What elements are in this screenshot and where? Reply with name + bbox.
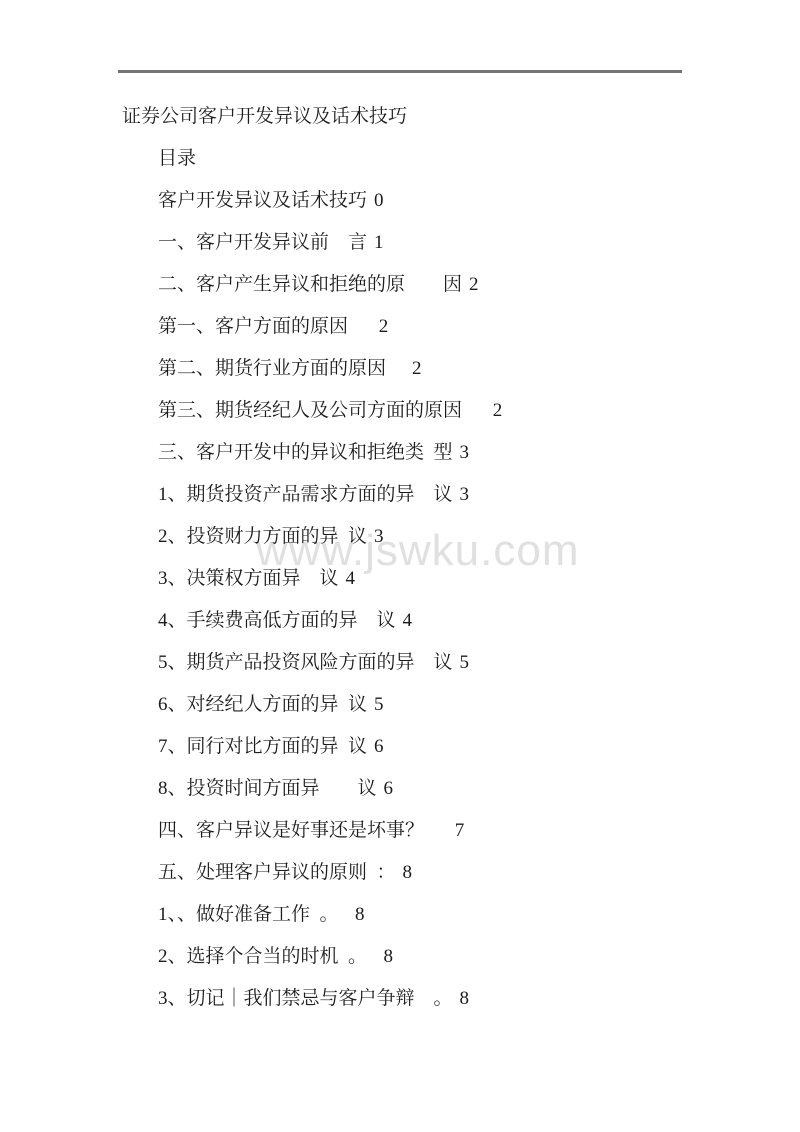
toc-entry-label: 5、期货产品投资风险方面的异 议 [158, 652, 453, 673]
toc-entry-page: 0 [374, 190, 384, 211]
toc-entry-page: 8 [384, 946, 394, 967]
toc-entry-label: 三、客户开发中的异议和拒绝类 型 [158, 442, 453, 463]
toc-entry: 6、对经纪人方面的异 议5 [0, 684, 800, 726]
toc-entry: 1、期货投资产品需求方面的异 议3 [0, 474, 800, 516]
toc-entry-page: 3 [460, 442, 470, 463]
toc-entry: 客户开发异议及话术技巧0 [0, 180, 800, 222]
toc-entry-label: 一、客户开发异议前 言 [158, 232, 367, 253]
toc-entry-page: 2 [379, 316, 389, 337]
toc-entry: 第二、期货行业方面的原因 2 [0, 348, 800, 390]
toc-entry-label: 3、切记｜我们禁忌与客户争辩 。 [158, 988, 453, 1009]
toc-entry: 第一、客户方面的原因 2 [0, 306, 800, 348]
toc-entry: 4、手续费高低方面的异 议4 [0, 600, 800, 642]
toc-list: 客户开发异议及话术技巧0一、客户开发异议前 言1二、客户产生异议和拒绝的原 因2… [0, 180, 800, 1020]
toc-entry-page: 3 [374, 526, 384, 547]
toc-entry: 二、客户产生异议和拒绝的原 因2 [0, 264, 800, 306]
toc-entry-page: 5 [374, 694, 384, 715]
toc-entry-page: 4 [403, 610, 413, 631]
toc-entry: 四、客户异议是好事还是坏事？ 7 [0, 810, 800, 852]
toc-entry-label: 第一、客户方面的原因 [158, 316, 372, 337]
toc-entry-page: 6 [384, 778, 394, 799]
toc-entry-page: 2 [412, 358, 422, 379]
toc-entry: 8、投资时间方面异 议6 [0, 768, 800, 810]
toc-entry-page: 6 [374, 736, 384, 757]
toc-entry-page: 8 [460, 988, 470, 1009]
toc-entry: 五、处理客户异议的原则 ：8 [0, 852, 800, 894]
toc-entry-label: 8、投资时间方面异 议 [158, 778, 377, 799]
toc-entry: 3、决策权方面异 议4 [0, 558, 800, 600]
toc-entry-label: 1、期货投资产品需求方面的异 议 [158, 484, 453, 505]
toc-entry-label: 6、对经纪人方面的异 议 [158, 694, 367, 715]
toc-entry-page: 1 [374, 232, 384, 253]
toc-entry-label: 客户开发异议及话术技巧 [158, 190, 367, 211]
toc-entry: 1、、做好准备工作 。 8 [0, 894, 800, 936]
toc-entry-page: 7 [455, 820, 465, 841]
toc-entry-page: 4 [346, 568, 356, 589]
toc-entry-page: 3 [460, 484, 470, 505]
toc-entry-page: 5 [460, 652, 470, 673]
toc-entry-label: 四、客户异议是好事还是坏事？ [158, 820, 448, 841]
toc-entry-page: 8 [403, 862, 413, 883]
toc-entry-label: 1、、做好准备工作 。 [158, 904, 348, 925]
toc-entry-label: 2、选择个合当的时机 。 [158, 946, 377, 967]
toc-entry-label: 3、决策权方面异 议 [158, 568, 339, 589]
toc-entry: 3、切记｜我们禁忌与客户争辩 。8 [0, 978, 800, 1020]
toc-heading: 目录 [0, 138, 800, 180]
toc-entry-label: 7、同行对比方面的异 议 [158, 736, 367, 757]
toc-entry: 2、选择个合当的时机 。 8 [0, 936, 800, 978]
document-content: 证券公司客户开发异议及话术技巧 目录 客户开发异议及话术技巧0一、客户开发异议前… [0, 96, 800, 1020]
document-page: www.jswku.com 证券公司客户开发异议及话术技巧 目录 客户开发异议及… [0, 0, 800, 1132]
toc-entry: 一、客户开发异议前 言1 [0, 222, 800, 264]
toc-entry-label: 五、处理客户异议的原则 ： [158, 862, 396, 883]
toc-entry-page: 2 [469, 274, 479, 295]
toc-entry: 第三、期货经纪人及公司方面的原因 2 [0, 390, 800, 432]
toc-entry-label: 二、客户产生异议和拒绝的原 因 [158, 274, 462, 295]
toc-entry: 7、同行对比方面的异 议6 [0, 726, 800, 768]
toc-entry-label: 2、投资财力方面的异 议 [158, 526, 367, 547]
toc-entry: 三、客户开发中的异议和拒绝类 型3 [0, 432, 800, 474]
toc-entry-page: 2 [493, 400, 503, 421]
toc-entry-label: 第二、期货行业方面的原因 [158, 358, 405, 379]
toc-entry-label: 4、手续费高低方面的异 议 [158, 610, 396, 631]
toc-entry: 2、投资财力方面的异 议3 [0, 516, 800, 558]
header-divider [118, 70, 682, 73]
toc-entry: 5、期货产品投资风险方面的异 议5 [0, 642, 800, 684]
document-title: 证券公司客户开发异议及话术技巧 [0, 96, 800, 138]
toc-entry-page: 8 [355, 904, 365, 925]
toc-entry-label: 第三、期货经纪人及公司方面的原因 [158, 400, 486, 421]
